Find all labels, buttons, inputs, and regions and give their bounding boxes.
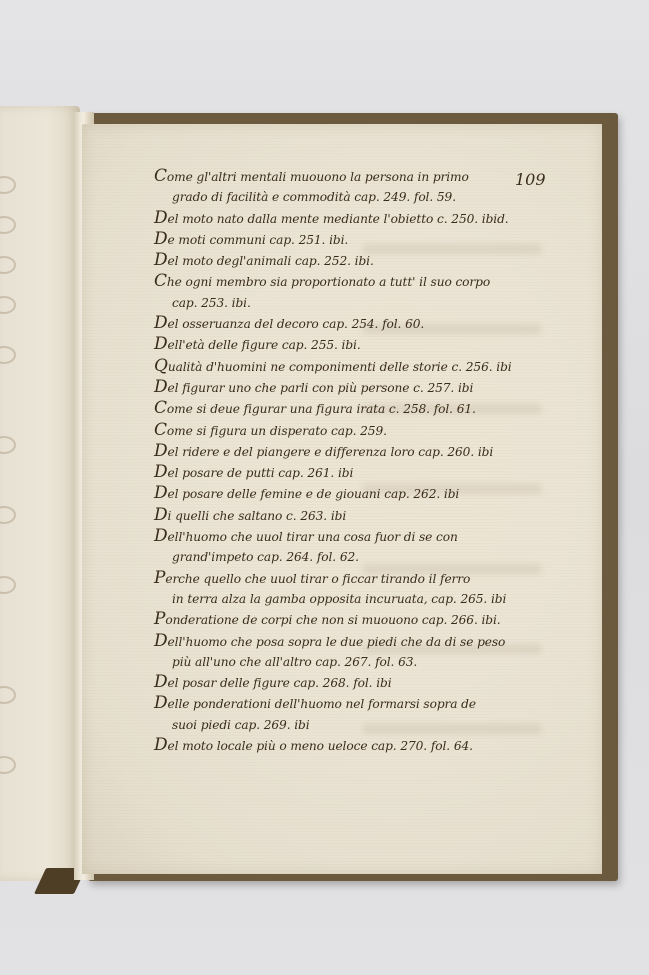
entry-line: Del posare de putti cap. 261. ibi (154, 462, 554, 483)
entry-line: Del moto locale più o meno ueloce cap. 2… (154, 735, 554, 756)
entry-line: Dell'huomo che uuol tirar una cosa fuor … (154, 526, 554, 547)
index-entry: Del figurar uno che parli con più person… (154, 377, 554, 398)
index-entry: Come si figura un disperato cap. 259. (154, 420, 554, 441)
entry-line: Ponderatione de corpi che non si muouono… (154, 609, 554, 630)
index-entry: Dell'huomo che posa sopra le due piedi c… (154, 631, 554, 673)
photograph-scene: 109 Come gl'altri mentali muouono la per… (0, 0, 649, 975)
entry-line: Del moto nato dalla mente mediante l'obi… (154, 208, 554, 229)
index-entry: Perche quello che uuol tirar o ficcar ti… (154, 568, 554, 610)
entry-line: Del posare delle femine e de giouani cap… (154, 483, 554, 504)
entry-line: Qualità d'huomini ne componimenti delle … (154, 356, 554, 377)
entry-line: De moti communi cap. 251. ibi. (154, 229, 554, 250)
entry-line-continued: cap. 253. ibi. (154, 293, 554, 313)
entry-line: Del ridere e del piangere e differenza l… (154, 441, 554, 462)
index-entry: Qualità d'huomini ne componimenti delle … (154, 356, 554, 377)
entry-line-continued: grand'impeto cap. 264. fol. 62. (154, 547, 554, 567)
index-entry: Del moto degl'animali cap. 252. ibi. (154, 250, 554, 271)
ink-bleed-mark (0, 436, 16, 454)
index-entry: Come si deue figurar una figura irata c.… (154, 398, 554, 419)
index-entry: Del osseruanza del decoro cap. 254. fol.… (154, 313, 554, 334)
ink-bleed-mark (0, 576, 16, 594)
entry-line: Dell'età delle figure cap. 255. ibi. (154, 334, 554, 355)
manuscript-page: 109 Come gl'altri mentali muouono la per… (82, 124, 602, 874)
chapter-index-list: Come gl'altri mentali muouono la persona… (154, 166, 554, 756)
entry-line: Del osseruanza del decoro cap. 254. fol.… (154, 313, 554, 334)
left-facing-page (0, 106, 80, 881)
entry-line-continued: grado di facilità e commodità cap. 249. … (154, 187, 554, 207)
index-entry: Di quelli che saltano c. 263. ibi (154, 505, 554, 526)
ink-bleed-mark (0, 296, 16, 314)
entry-line: Delle ponderationi dell'huomo nel formar… (154, 693, 554, 714)
entry-line: Del figurar uno che parli con più person… (154, 377, 554, 398)
index-entry: Del posare de putti cap. 261. ibi (154, 462, 554, 483)
index-entry: Ponderatione de corpi che non si muouono… (154, 609, 554, 630)
entry-line-continued: suoi piedi cap. 269. ibi (154, 715, 554, 735)
entry-line: Che ogni membro sia proportionato a tutt… (154, 271, 554, 292)
entry-line: Dell'huomo che posa sopra le due piedi c… (154, 631, 554, 652)
entry-line: Del posar delle figure cap. 268. fol. ib… (154, 672, 554, 693)
entry-line: Di quelli che saltano c. 263. ibi (154, 505, 554, 526)
index-entry: Dell'età delle figure cap. 255. ibi. (154, 334, 554, 355)
ink-bleed-mark (0, 216, 16, 234)
entry-line: Perche quello che uuol tirar o ficcar ti… (154, 568, 554, 589)
index-entry: Del moto locale più o meno ueloce cap. 2… (154, 735, 554, 756)
index-entry: Del ridere e del piangere e differenza l… (154, 441, 554, 462)
index-entry: Dell'huomo che uuol tirar una cosa fuor … (154, 526, 554, 568)
entry-line: Come gl'altri mentali muouono la persona… (154, 166, 554, 187)
index-entry: De moti communi cap. 251. ibi. (154, 229, 554, 250)
index-entry: Che ogni membro sia proportionato a tutt… (154, 271, 554, 313)
entry-line-continued: in terra alza la gamba opposita incuruat… (154, 589, 554, 609)
ink-bleed-mark (0, 256, 16, 274)
ink-bleed-mark (0, 346, 16, 364)
index-entry: Come gl'altri mentali muouono la persona… (154, 166, 554, 208)
index-entry: Del moto nato dalla mente mediante l'obi… (154, 208, 554, 229)
index-entry: Del posar delle figure cap. 268. fol. ib… (154, 672, 554, 693)
ink-bleed-mark (0, 756, 16, 774)
ink-bleed-mark (0, 686, 16, 704)
ink-bleed-mark (0, 506, 16, 524)
entry-line: Del moto degl'animali cap. 252. ibi. (154, 250, 554, 271)
index-entry: Del posare delle femine e de giouani cap… (154, 483, 554, 504)
entry-line: Come si figura un disperato cap. 259. (154, 420, 554, 441)
ink-bleed-mark (0, 176, 16, 194)
index-entry: Delle ponderationi dell'huomo nel formar… (154, 693, 554, 735)
entry-line-continued: più all'uno che all'altro cap. 267. fol.… (154, 652, 554, 672)
entry-line: Come si deue figurar una figura irata c.… (154, 398, 554, 419)
